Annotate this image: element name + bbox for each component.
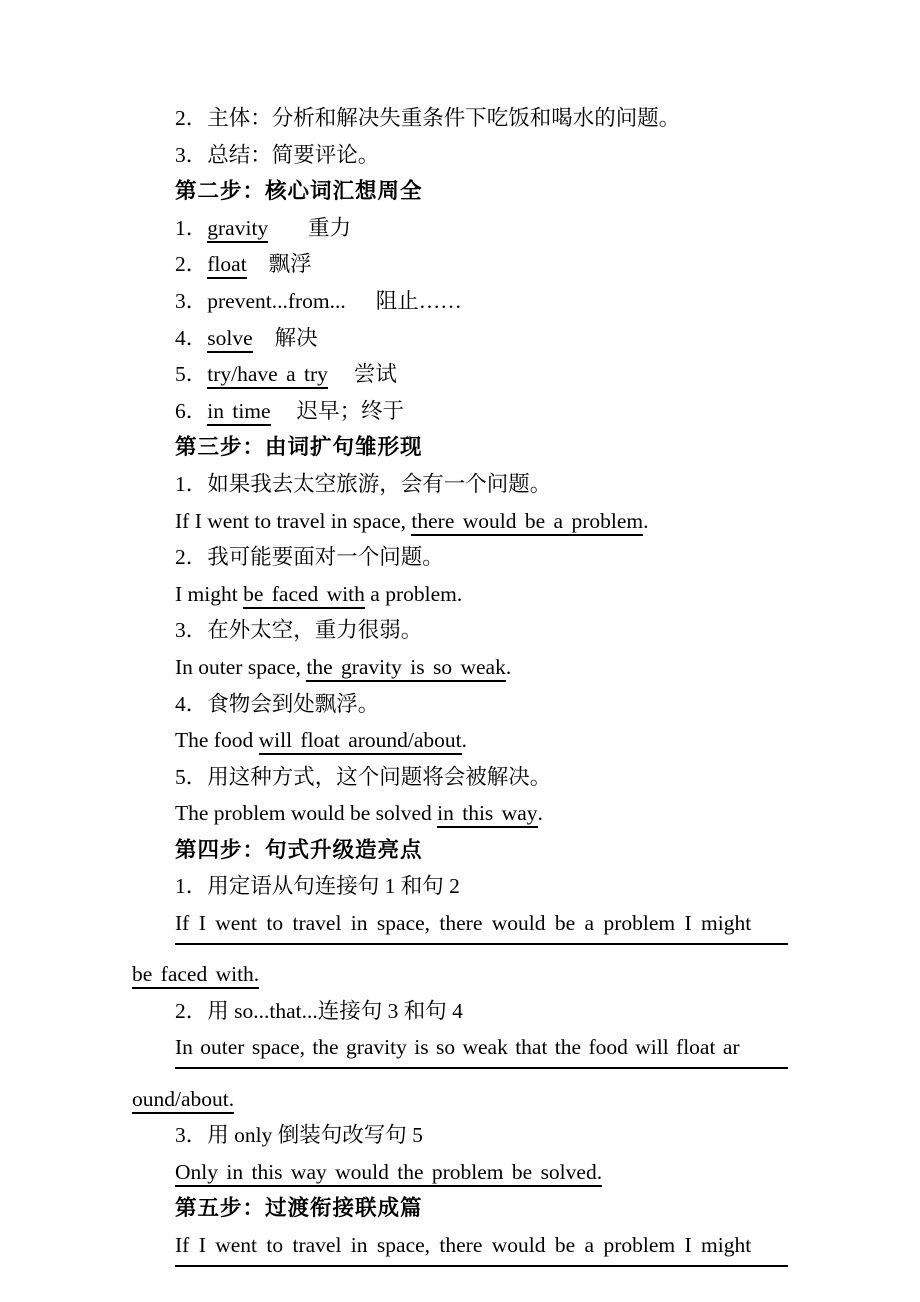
underlined-text: try/have a try [207,362,328,389]
underlined-text: be faced with. [132,962,259,989]
final-passage-line-1: If I went to travel in space, there woul… [132,1227,788,1278]
sentence-3-en: In outer space, the gravity is so weak. [132,649,788,686]
outline-item-body: 2．主体：分析和解决失重条件下吃饭和喝水的问题。 [132,100,788,137]
text-run: 第二步：核心词汇想周全 [175,179,423,203]
underlined-text: in time [207,399,270,426]
text-run: 重力 [308,216,351,240]
upgrade-item-2: 2．用 so...that...连接句 3 和句 4 [132,993,788,1030]
sentence-5-cn: 5．用这种方式，这个问题将会被解决。 [132,759,788,796]
vocab-item-prevent: 3．prevent...from...阻止…… [132,283,788,320]
text-run: . [462,728,467,752]
text-run: 4． [175,326,207,350]
sentence-1-en: If I went to travel in space, there woul… [132,503,788,540]
underlined-text: will float around/about [259,728,462,755]
upgrade-sentence-1-line-1-underline: If I went to travel in space, there woul… [175,905,788,945]
sentence-4-cn: 4．食物会到处飘浮。 [132,686,788,723]
vocab-item-float: 2．float飘浮 [132,246,788,283]
text-run: 阻止…… [376,289,462,313]
sentence-2-en: I might be faced with a problem. [132,576,788,613]
vocab-gloss-gap [271,417,297,418]
upgrade-sentence-1-line-2: be faced with. [132,956,788,993]
text-run: 2．用 so...that...连接句 3 和句 4 [175,999,463,1023]
text-run: I might [175,582,243,606]
underlined-text: If I went to travel in space, there woul… [175,911,751,935]
upgrade-item-1: 1．用定语从句连接句 1 和句 2 [132,868,788,905]
text-run: 2． [175,252,207,276]
text-run: 第五步：过渡衔接联成篇 [175,1196,423,1220]
text-run: If I went to travel in space, [175,509,411,533]
text-run: 4．食物会到处飘浮。 [175,692,379,716]
text-run: . [643,509,648,533]
text-run: 3．总结：简要评论。 [175,143,379,167]
underlined-text: the gravity is so weak [306,655,506,682]
underlined-text: gravity [207,216,268,243]
upgrade-sentence-2-line-1-underline: In outer space, the gravity is so weak t… [175,1029,788,1069]
text-run: 5． [175,362,207,386]
vocab-item-try: 5．try/have a try尝试 [132,356,788,393]
sentence-5-en: The problem would be solved in this way. [132,795,788,832]
text-run: 3．用 only 倒装句改写句 5 [175,1123,423,1147]
document-text-block: 2．主体：分析和解决失重条件下吃饭和喝水的问题。3．总结：简要评论。第二步：核心… [132,100,788,1278]
vocab-gloss-gap [268,234,308,235]
text-run: 3．在外太空，重力很弱。 [175,618,422,642]
text-run: 1．如果我去太空旅游，会有一个问题。 [175,472,551,496]
underlined-text: Only in this way would the problem be so… [175,1160,602,1187]
step-3-heading: 第三步：由词扩句雏形现 [132,429,788,466]
step-4-heading: 第四步：句式升级造亮点 [132,832,788,869]
text-run: 6． [175,399,207,423]
text-run: a problem. [365,582,462,606]
upgrade-sentence-1-line-1: If I went to travel in space, there woul… [132,905,788,956]
upgrade-sentence-2-line-1: In outer space, the gravity is so weak t… [132,1029,788,1080]
underlined-text: in this way [437,801,537,828]
underlined-text: there would be a problem [411,509,643,536]
final-passage-line-1-underline: If I went to travel in space, there woul… [175,1227,788,1267]
text-run: 2．我可能要面对一个问题。 [175,545,444,569]
document-page: 2．主体：分析和解决失重条件下吃饭和喝水的问题。3．总结：简要评论。第二步：核心… [0,0,920,1302]
text-run: 1．用定语从句连接句 1 和句 2 [175,874,460,898]
sentence-2-cn: 2．我可能要面对一个问题。 [132,539,788,576]
text-run: 1． [175,216,207,240]
vocab-gloss-gap [346,307,376,308]
vocab-item-solve: 4．solve解决 [132,320,788,357]
text-run: 迟早；终于 [297,399,405,423]
sentence-3-cn: 3．在外太空，重力很弱。 [132,612,788,649]
step-5-heading: 第五步：过渡衔接联成篇 [132,1190,788,1227]
outline-item-summary: 3．总结：简要评论。 [132,137,788,174]
step-2-heading: 第二步：核心词汇想周全 [132,173,788,210]
text-run: 飘浮 [269,252,312,276]
text-run: In outer space, [175,655,306,679]
sentence-1-cn: 1．如果我去太空旅游，会有一个问题。 [132,466,788,503]
upgrade-item-3: 3．用 only 倒装句改写句 5 [132,1117,788,1154]
text-run: The problem would be solved [175,801,437,825]
text-run: . [506,655,511,679]
underlined-text: float [207,252,246,279]
upgrade-sentence-2-line-2: ound/about. [132,1081,788,1118]
underlined-text: ound/about. [132,1087,234,1114]
text-run: 2．主体：分析和解决失重条件下吃饭和喝水的问题。 [175,106,680,130]
text-run: 尝试 [354,362,397,386]
text-run: 5．用这种方式，这个问题将会被解决。 [175,765,551,789]
text-run: 第三步：由词扩句雏形现 [175,435,423,459]
vocab-gloss-gap [328,380,354,381]
text-run: . [538,801,543,825]
vocab-item-gravity: 1．gravity重力 [132,210,788,247]
vocab-item-in-time: 6．in time迟早；终于 [132,393,788,430]
underlined-text: In outer space, the gravity is so weak t… [175,1035,740,1059]
underlined-text: If I went to travel in space, there woul… [175,1233,751,1257]
vocab-gloss-gap [247,270,269,271]
text-run: 解决 [275,326,318,350]
underlined-text: be faced with [243,582,365,609]
upgrade-sentence-3: Only in this way would the problem be so… [132,1154,788,1191]
sentence-4-en: The food will float around/about. [132,722,788,759]
text-run: 第四步：句式升级造亮点 [175,838,423,862]
text-run: 3．prevent...from... [175,289,346,313]
text-run: The food [175,728,259,752]
underlined-text: solve [207,326,252,353]
vocab-gloss-gap [253,344,275,345]
